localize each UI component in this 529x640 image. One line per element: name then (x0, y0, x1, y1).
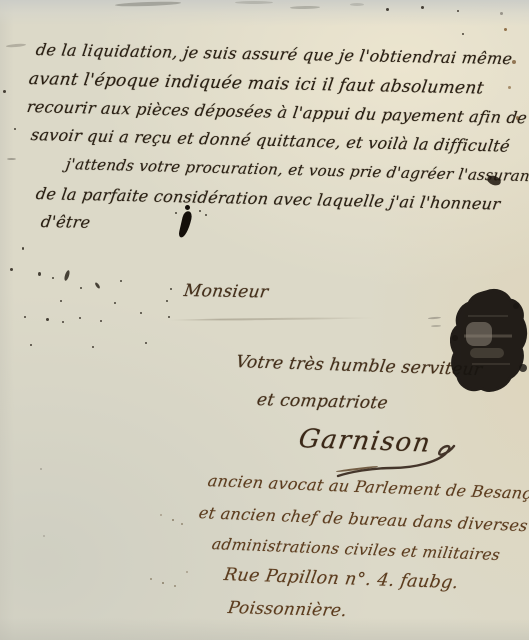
ink-spot (174, 585, 176, 587)
ink-spot (94, 282, 100, 289)
letter-page: de la liquidation, je suis assuré que je… (0, 0, 529, 640)
ink-spot (24, 316, 26, 318)
ink-spot (457, 10, 459, 12)
ink-spot (79, 317, 81, 319)
ink-spot (486, 174, 502, 187)
ink-spot (52, 277, 54, 279)
ink-spot (100, 320, 102, 322)
ink-spot (168, 316, 170, 318)
ink-spot (186, 571, 188, 573)
ink-spot (199, 210, 201, 212)
ink-spot (22, 247, 24, 250)
ink-spot (512, 60, 516, 64)
ink-spot (386, 8, 389, 11)
ink-spot (166, 300, 168, 302)
ink-spot (115, 1, 181, 7)
ink-spot (181, 523, 183, 525)
ink-spot (60, 300, 62, 302)
ink-spot (500, 12, 503, 15)
ink-spot (63, 270, 70, 282)
ink-spot (175, 212, 177, 214)
ink-spots-layer (0, 0, 529, 640)
ink-spot (170, 288, 172, 290)
ink-spot (172, 519, 174, 521)
ink-spot (504, 28, 507, 31)
ink-spot (40, 468, 42, 470)
ink-spot (80, 287, 82, 289)
ink-spot (145, 342, 147, 344)
ink-spot (114, 302, 116, 304)
ink-spot (350, 3, 364, 6)
ink-spot (10, 268, 13, 271)
ink-spot (120, 280, 122, 282)
ink-spot (162, 582, 164, 584)
ink-spot (43, 535, 45, 537)
ink-spot (62, 321, 64, 323)
ink-spot (3, 90, 6, 93)
ink-spot (92, 346, 94, 348)
ink-spot (431, 325, 441, 327)
ink-spot (462, 33, 464, 35)
ink-spot (14, 128, 16, 130)
ink-spot (7, 158, 16, 160)
ink-spot (235, 1, 273, 4)
ink-spot (150, 578, 152, 580)
ink-spot (46, 318, 49, 321)
ink-spot (516, 116, 519, 120)
ink-spot (140, 312, 142, 314)
ink-spot (6, 43, 26, 48)
ink-spot (428, 317, 441, 320)
ink-spot (160, 514, 162, 516)
ink-spot (508, 86, 511, 89)
ink-spot (30, 344, 32, 346)
ink-spot (205, 214, 207, 216)
ink-spot (421, 6, 424, 9)
ink-spot (38, 272, 41, 276)
ink-spot (290, 6, 320, 10)
